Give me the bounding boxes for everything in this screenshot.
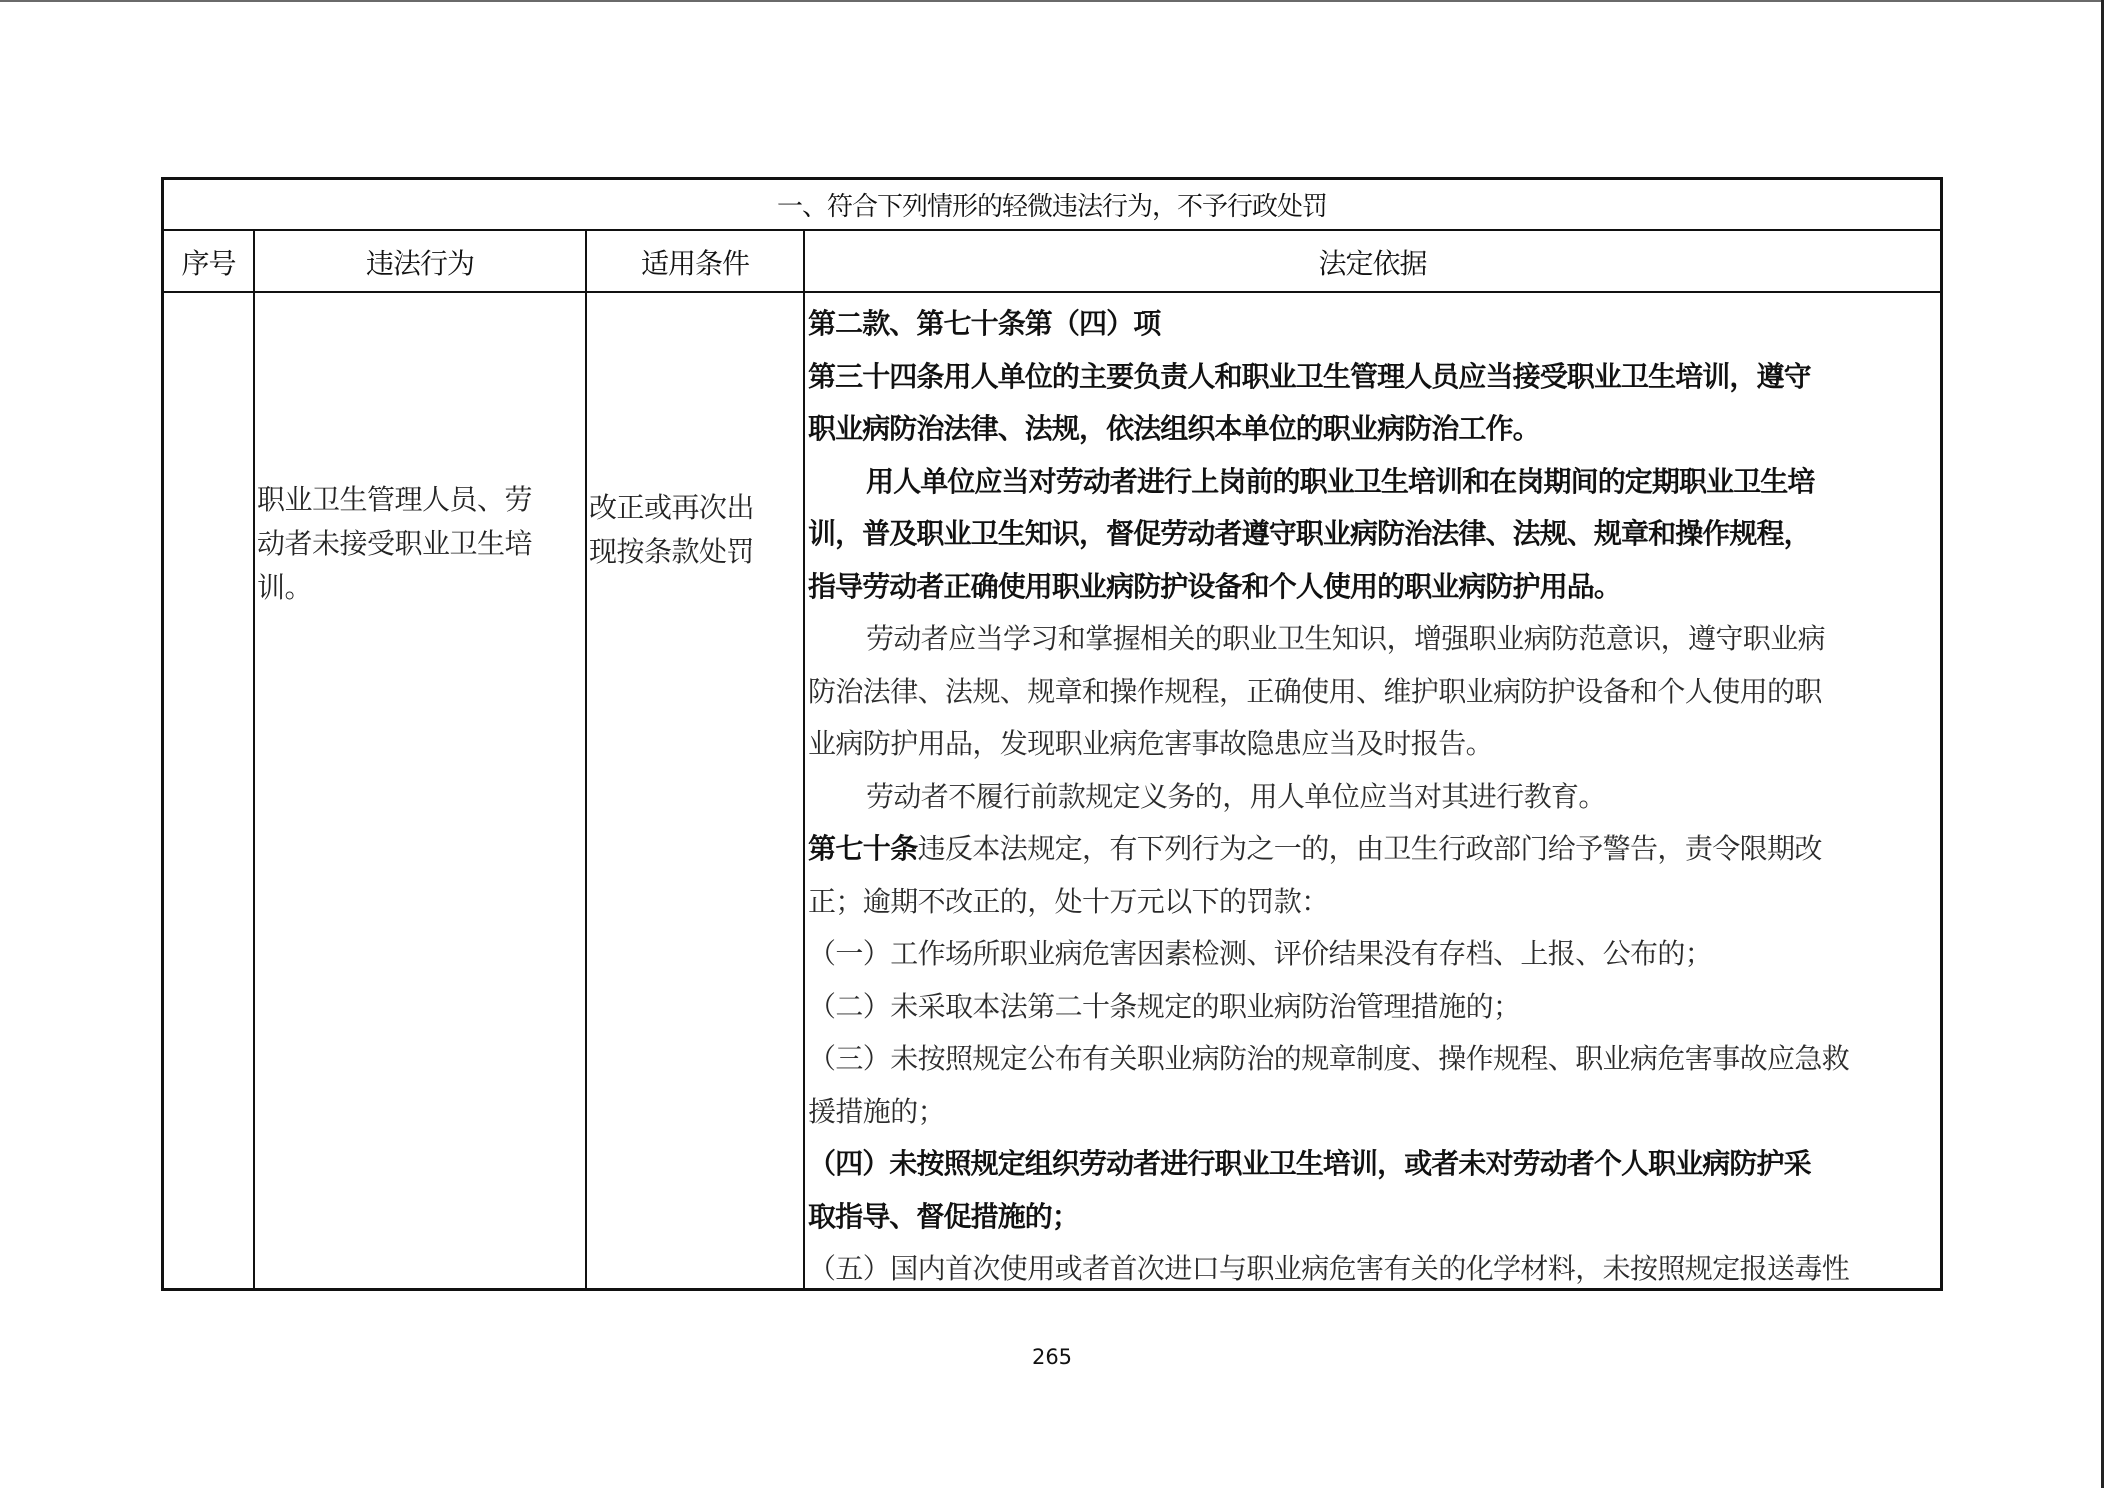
legal-basis-line: （四）未按照规定组织劳动者进行职业卫生培训，或者未对劳动者个人职业病防护采	[808, 1138, 1943, 1191]
legal-basis-line: （一）工作场所职业病危害因素检测、评价结果没有存档、上报、公布的；	[808, 928, 1943, 981]
legal-basis-line: 第三十四条用人单位的主要负责人和职业卫生管理人员应当接受职业卫生培训，遵守	[808, 351, 1943, 404]
legal-basis-text: （五）国内首次使用或者首次进口与职业病危害有关的化学材料，未按照规定报送毒性	[808, 1252, 1849, 1285]
legal-basis-text: 第三十四条用人单位的主要负责人和职业卫生管理人员应当接受职业卫生培训，遵守	[808, 360, 1811, 393]
legal-basis-text: 业病防护用品，发现职业病危害事故隐患应当及时报告。	[808, 727, 1493, 760]
legal-basis-line: 正；逾期不改正的，处十万元以下的罚款：	[808, 876, 1943, 929]
legal-basis-line: 劳动者应当学习和掌握相关的职业卫生知识，增强职业病防范意识，遵守职业病	[808, 613, 1943, 666]
legal-basis-text: 用人单位应当对劳动者进行上岗前的职业卫生培训和在岗期间的定期职业卫生培	[866, 465, 1815, 498]
violation-line: 职业卫生管理人员、劳	[257, 478, 582, 522]
page-top-border	[0, 0, 2104, 2]
table-title: 一、符合下列情形的轻微违法行为，不予行政处罚	[164, 180, 1940, 231]
condition-line: 改正或再次出	[589, 486, 801, 530]
column-header-index: 序号	[164, 231, 253, 293]
column-divider-2	[585, 231, 587, 1288]
legal-basis-text: 违反本法规定，有下列行为之一的，由卫生行政部门给予警告，责令限期改	[918, 832, 1822, 865]
legal-basis-line: 业病防护用品，发现职业病危害事故隐患应当及时报告。	[808, 718, 1943, 771]
legal-basis-line: 取指导、督促措施的；	[808, 1191, 1943, 1244]
column-divider-3	[803, 231, 805, 1288]
legal-basis-line: 训，普及职业卫生知识，督促劳动者遵守职业病防治法律、法规、规章和操作规程，	[808, 508, 1943, 561]
legal-basis-line: （三）未按照规定公布有关职业病防治的规章制度、操作规程、职业病危害事故应急救	[808, 1033, 1943, 1086]
legal-basis-text: 职业病防治法律、法规，依法组织本单位的职业病防治工作。	[808, 412, 1540, 445]
column-divider-1	[253, 231, 255, 1288]
legal-basis-line: （五）国内首次使用或者首次进口与职业病危害有关的化学材料，未按照规定报送毒性	[808, 1243, 1943, 1296]
legal-basis-line: 劳动者不履行前款规定义务的，用人单位应当对其进行教育。	[808, 771, 1943, 824]
legal-basis-line: 第七十条违反本法规定，有下列行为之一的，由卫生行政部门给予警告，责令限期改	[808, 823, 1943, 876]
legal-basis-line: 职业病防治法律、法规，依法组织本单位的职业病防治工作。	[808, 403, 1943, 456]
legal-basis-cell: 第二款、第七十条第（四）项第三十四条用人单位的主要负责人和职业卫生管理人员应当接…	[808, 298, 1943, 1296]
column-header-legal-basis: 法定依据	[805, 231, 1940, 293]
legal-basis-text: 取指导、督促措施的；	[808, 1200, 1079, 1233]
violation-cell: 职业卫生管理人员、劳 动者未接受职业卫生培 训。	[257, 478, 582, 610]
legal-basis-text: （二）未采取本法第二十条规定的职业病防治管理措施的；	[808, 990, 1520, 1023]
legal-basis-text: 援措施的；	[808, 1095, 945, 1128]
violation-line: 训。	[257, 566, 582, 610]
column-header-condition: 适用条件	[587, 231, 803, 293]
legal-basis-text: 训，普及职业卫生知识，督促劳动者遵守职业病防治法律、法规、规章和操作规程，	[808, 517, 1811, 550]
condition-line: 现按条款处罚	[589, 530, 801, 574]
column-header-violation: 违法行为	[255, 231, 585, 293]
article-lead: 第七十条	[808, 832, 918, 865]
legal-basis-text: 劳动者不履行前款规定义务的，用人单位应当对其进行教育。	[866, 780, 1606, 813]
legal-basis-text: 第二款、第七十条第（四）项	[808, 307, 1160, 340]
legal-basis-text: （四）未按照规定组织劳动者进行职业卫生培训，或者未对劳动者个人职业病防护采	[808, 1147, 1811, 1180]
legal-basis-text: 防治法律、法规、规章和操作规程，正确使用、维护职业病防护设备和个人使用的职	[808, 675, 1822, 708]
legal-basis-text: 正；逾期不改正的，处十万元以下的罚款：	[808, 885, 1329, 918]
penalty-table: 一、符合下列情形的轻微违法行为，不予行政处罚 序号 违法行为 适用条件 法定依据…	[161, 177, 1943, 1291]
legal-basis-line: 指导劳动者正确使用职业病防护设备和个人使用的职业病防护用品。	[808, 561, 1943, 614]
page-number: 265	[0, 1345, 2104, 1369]
legal-basis-line: （二）未采取本法第二十条规定的职业病防治管理措施的；	[808, 981, 1943, 1034]
condition-cell: 改正或再次出 现按条款处罚	[589, 486, 801, 574]
legal-basis-line: 援措施的；	[808, 1086, 1943, 1139]
legal-basis-text: （三）未按照规定公布有关职业病防治的规章制度、操作规程、职业病危害事故应急救	[808, 1042, 1849, 1075]
legal-basis-line: 第二款、第七十条第（四）项	[808, 298, 1943, 351]
legal-basis-text: （一）工作场所职业病危害因素检测、评价结果没有存档、上报、公布的；	[808, 937, 1712, 970]
legal-basis-line: 用人单位应当对劳动者进行上岗前的职业卫生培训和在岗期间的定期职业卫生培	[808, 456, 1943, 509]
legal-basis-text: 劳动者应当学习和掌握相关的职业卫生知识，增强职业病防范意识，遵守职业病	[866, 622, 1825, 655]
legal-basis-text: 指导劳动者正确使用职业病防护设备和个人使用的职业病防护用品。	[808, 570, 1621, 603]
legal-basis-line: 防治法律、法规、规章和操作规程，正确使用、维护职业病防护设备和个人使用的职	[808, 666, 1943, 719]
violation-line: 动者未接受职业卫生培	[257, 522, 582, 566]
